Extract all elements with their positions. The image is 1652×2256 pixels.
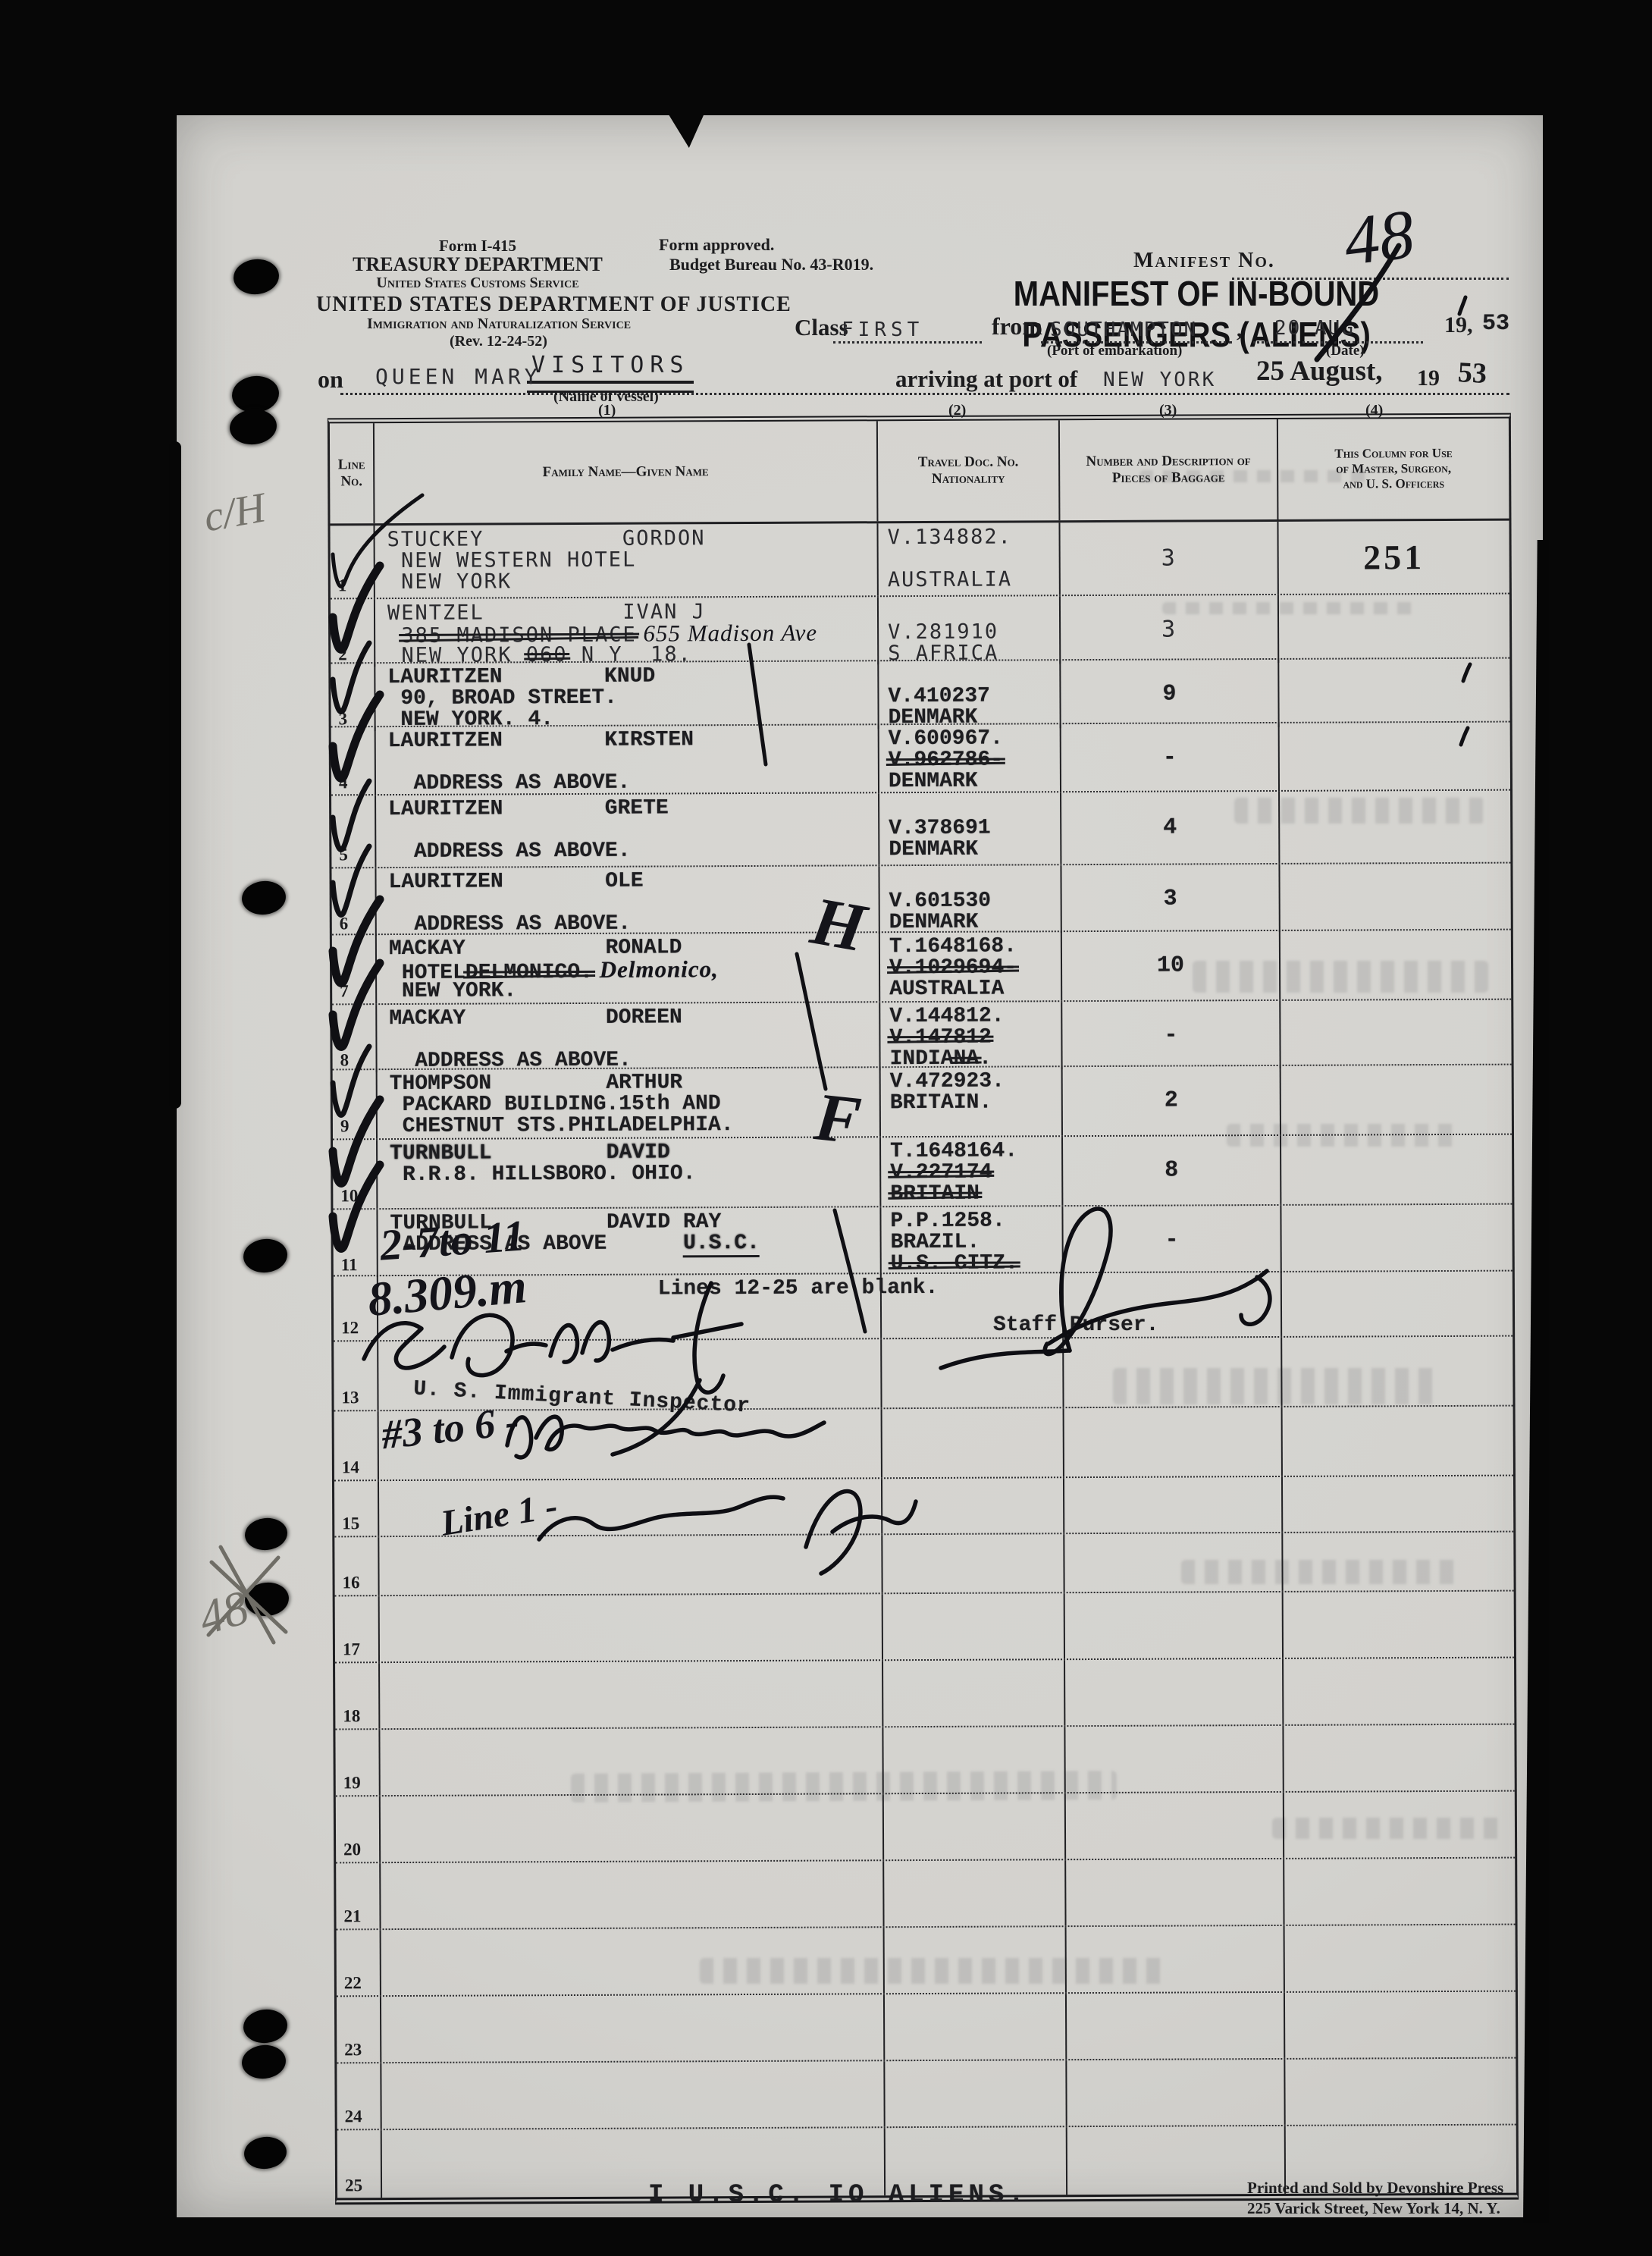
scanned-page-background: Form I-415 TREASURY DEPARTMENT United St… xyxy=(0,0,1652,2256)
check-mark xyxy=(333,781,369,849)
check-mark xyxy=(333,643,369,711)
check-mark xyxy=(333,846,369,915)
printer-line1: Printed and Sold by Devonshire Press xyxy=(1247,2178,1503,2198)
check-mark xyxy=(333,1046,369,1115)
manifest-paper: Form I-415 TREASURY DEPARTMENT United St… xyxy=(177,115,1543,2217)
printer-line2: 225 Varick Street, New York 14, N. Y. xyxy=(1247,2198,1503,2219)
check-mark xyxy=(333,566,380,649)
pen-strokes-overlay xyxy=(177,115,1543,2217)
footer-tally: I U.S.C. IO ALIENS. xyxy=(648,2181,1029,2210)
printer-imprint: Printed and Sold by Devonshire Press 225… xyxy=(1247,2178,1503,2219)
